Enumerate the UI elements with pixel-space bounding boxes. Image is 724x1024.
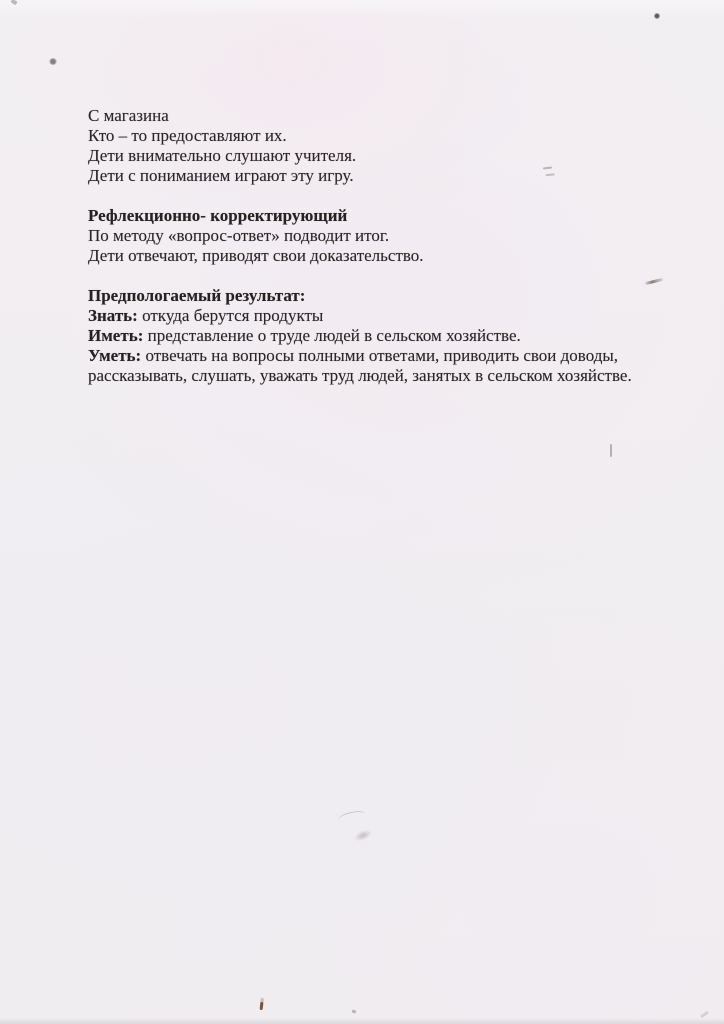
text-line: С магазина — [88, 106, 640, 126]
text-line: Дети с пониманием играют эту игру. — [88, 166, 640, 186]
scan-speck — [49, 58, 57, 65]
text-line: По методу «вопрос-ответ» подводит итог. — [88, 226, 640, 246]
result-item-have: Иметь: представление о труде людей в сел… — [88, 326, 640, 346]
section-heading: Предпологаемый результат: — [88, 286, 640, 306]
text-line: Дети отвечают, приводят свои доказательс… — [88, 246, 640, 266]
document-text: С магазина Кто – то предоставляют их. Де… — [88, 106, 640, 386]
term-label: Знать: — [88, 306, 138, 325]
paragraph-reflection: Рефлекционно- корректирующий По методу «… — [88, 206, 640, 266]
scanned-document-page: С магазина Кто – то предоставляют их. Де… — [0, 0, 724, 1024]
text-line: Кто – то предоставляют их. — [88, 126, 640, 146]
scan-speck — [353, 828, 373, 843]
scan-speck — [645, 278, 663, 285]
scan-speck — [337, 810, 365, 826]
result-item-able: Уметь: отвечать на вопросы полными ответ… — [88, 346, 640, 386]
section-heading: Рефлекционно- корректирующий — [88, 206, 640, 226]
scan-speck — [700, 1011, 709, 1019]
paragraph-intro: С магазина Кто – то предоставляют их. Де… — [88, 106, 640, 186]
term-label: Иметь: — [88, 326, 143, 345]
text-line: Дети внимательно слушают учителя. — [88, 146, 640, 166]
scan-speck — [610, 444, 612, 457]
term-text: отвечать на вопросы полными ответами, пр… — [88, 346, 632, 385]
scan-speck — [653, 12, 661, 20]
term-text: представление о труде людей в сельском х… — [143, 326, 520, 345]
term-label: Уметь: — [88, 346, 141, 365]
scan-speck — [10, 0, 17, 5]
result-item-know: Знать: откуда берутся продукты — [88, 306, 640, 326]
paragraph-expected-results: Предпологаемый результат: Знать: откуда … — [88, 286, 640, 386]
term-text: откуда берутся продукты — [138, 306, 324, 325]
scan-speck — [352, 1009, 357, 1013]
scan-speck — [260, 1002, 264, 1010]
